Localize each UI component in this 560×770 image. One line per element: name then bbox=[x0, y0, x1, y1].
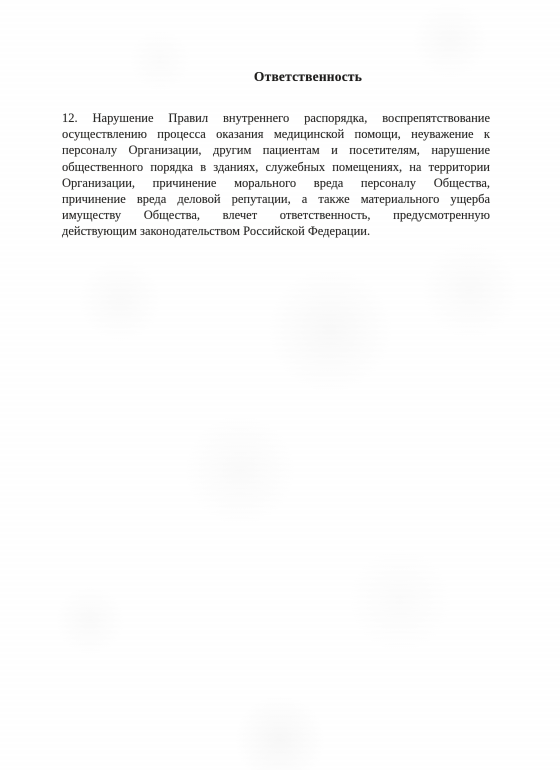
paragraph-line: 12. Нарушение Правил внутреннего распоря… bbox=[62, 110, 490, 126]
section-title: Ответственность bbox=[62, 69, 522, 85]
scanned-document-page: Ответственность 12. Нарушение Правил вну… bbox=[0, 0, 560, 770]
paragraph-line: общественного порядка в зданиях, служебн… bbox=[62, 159, 490, 175]
paragraph-item-12: 12. Нарушение Правил внутреннего распоря… bbox=[62, 110, 490, 240]
paragraph-line: причинение вреда деловой репутации, а та… bbox=[62, 191, 490, 207]
paragraph-line: имуществу Общества, влечет ответственнос… bbox=[62, 207, 490, 223]
paragraph-line: действующим законодательством Российской… bbox=[62, 223, 490, 239]
paragraph-line: Организации, причинение морального вреда… bbox=[62, 175, 490, 191]
paragraph-line: осуществлению процесса оказания медицинс… bbox=[62, 126, 490, 142]
paragraph-line: персоналу Организации, другим пациентам … bbox=[62, 142, 490, 158]
